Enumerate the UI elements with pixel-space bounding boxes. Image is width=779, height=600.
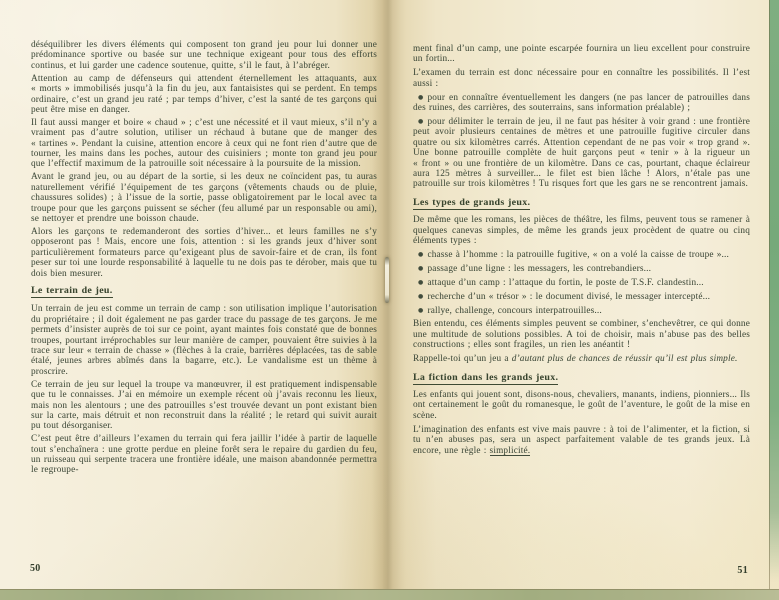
page-number-right: 51: [737, 565, 748, 576]
page-gutter: [372, 0, 406, 600]
bullet-icon: ●: [418, 280, 423, 286]
bullet-icon: ●: [418, 119, 423, 125]
italic-note: Rappelle-toi qu’un jeu a d’autant plus d…: [413, 353, 750, 363]
paragraph: Alors les garçons te redemanderont des s…: [31, 226, 377, 278]
bullet-icon: ●: [418, 95, 423, 101]
note-italic: d’autant plus de chances de réussir qu’i…: [512, 353, 738, 363]
page-right: ment final d’un camp, une pointe escarpé…: [413, 43, 750, 458]
paragraph: L’examen du terrain est donc nécessaire …: [413, 67, 750, 88]
cover-edge-right: [769, 0, 779, 600]
bullet-icon: ●: [418, 308, 423, 314]
section-heading-terrain: Le terrain de jeu.: [31, 286, 377, 296]
bullet-item: ●rallye, challenge, concours interpatrou…: [413, 305, 750, 315]
bullet-text: pour délimiter le terrain de jeu, il ne …: [413, 116, 750, 188]
bullet-icon: ●: [418, 266, 423, 272]
bullet-item: ●passage d’une ligne : les messagers, le…: [413, 263, 750, 273]
paragraph: C’est peut être d’ailleurs l’examen du t…: [31, 433, 377, 475]
bullet-item: ●attaque d’un camp : l’attaque du fortin…: [413, 277, 750, 287]
staple: [385, 257, 389, 303]
paragraph: déséquilibrer les divers éléments qui co…: [31, 39, 377, 70]
bullet-text: chasse à l’homme : la patrouille fugitiv…: [427, 249, 729, 259]
paragraph: De même que les romans, les pièces de th…: [413, 214, 750, 245]
paragraph: Ce terrain de jeu sur lequel la troupe v…: [31, 379, 377, 431]
paragraph: Un terrain de jeu est comme un terrain d…: [31, 303, 377, 376]
heading-label: Le terrain de jeu.: [31, 285, 113, 299]
section-heading-fiction: La fiction dans les grands jeux.: [413, 373, 750, 383]
book-scan: déséquilibrer les divers éléments qui co…: [0, 0, 779, 600]
page-left: déséquilibrer les divers éléments qui co…: [31, 39, 377, 477]
bullet-text: passage d’une ligne : les messagers, les…: [427, 263, 651, 273]
page-number-left: 50: [30, 563, 41, 574]
section-heading-types: Les types de grands jeux.: [413, 198, 750, 208]
cover-edge-bottom: [0, 589, 779, 600]
bullet-text: pour en connaître éventuellement les dan…: [413, 92, 750, 112]
paragraph: Les enfants qui jouent sont, disons-nous…: [413, 389, 750, 420]
heading-label: La fiction dans les grands jeux.: [413, 372, 558, 386]
paragraph: Il faut aussi manger et boire « chaud » …: [31, 117, 377, 169]
bullet-text: attaque d’un camp : l’attaque du fortin,…: [427, 277, 703, 287]
paragraph: Attention au camp de défenseurs qui atte…: [31, 73, 377, 115]
bullet-icon: ●: [418, 252, 423, 258]
closing-text: L’imagination des enfants est vive mais …: [413, 424, 750, 455]
bullet-icon: ●: [418, 294, 423, 300]
bullet-item: ●pour en connaître éventuellement les da…: [413, 92, 750, 113]
paragraph: Bien entendu, ces éléments simples peuve…: [413, 318, 750, 349]
bullet-text: rallye, challenge, concours interpatroui…: [427, 305, 601, 315]
note-lead: Rappelle-toi qu’un jeu a: [413, 353, 512, 363]
paragraph: Avant le grand jeu, ou au départ de la s…: [31, 171, 377, 223]
bullet-item: ●recherche d’un « trésor » : le document…: [413, 291, 750, 301]
bullet-text: recherche d’un « trésor » : le document …: [427, 291, 710, 301]
closing-underlined-word: simplicité.: [490, 445, 531, 457]
bullet-item: ●chasse à l’homme : la patrouille fugiti…: [413, 249, 750, 259]
paragraph: L’imagination des enfants est vive mais …: [413, 424, 750, 455]
bullet-item: ●pour délimiter le terrain de jeu, il ne…: [413, 116, 750, 189]
heading-label: Les types de grands jeux.: [413, 197, 530, 211]
paragraph: ment final d’un camp, une pointe escarpé…: [413, 43, 750, 64]
